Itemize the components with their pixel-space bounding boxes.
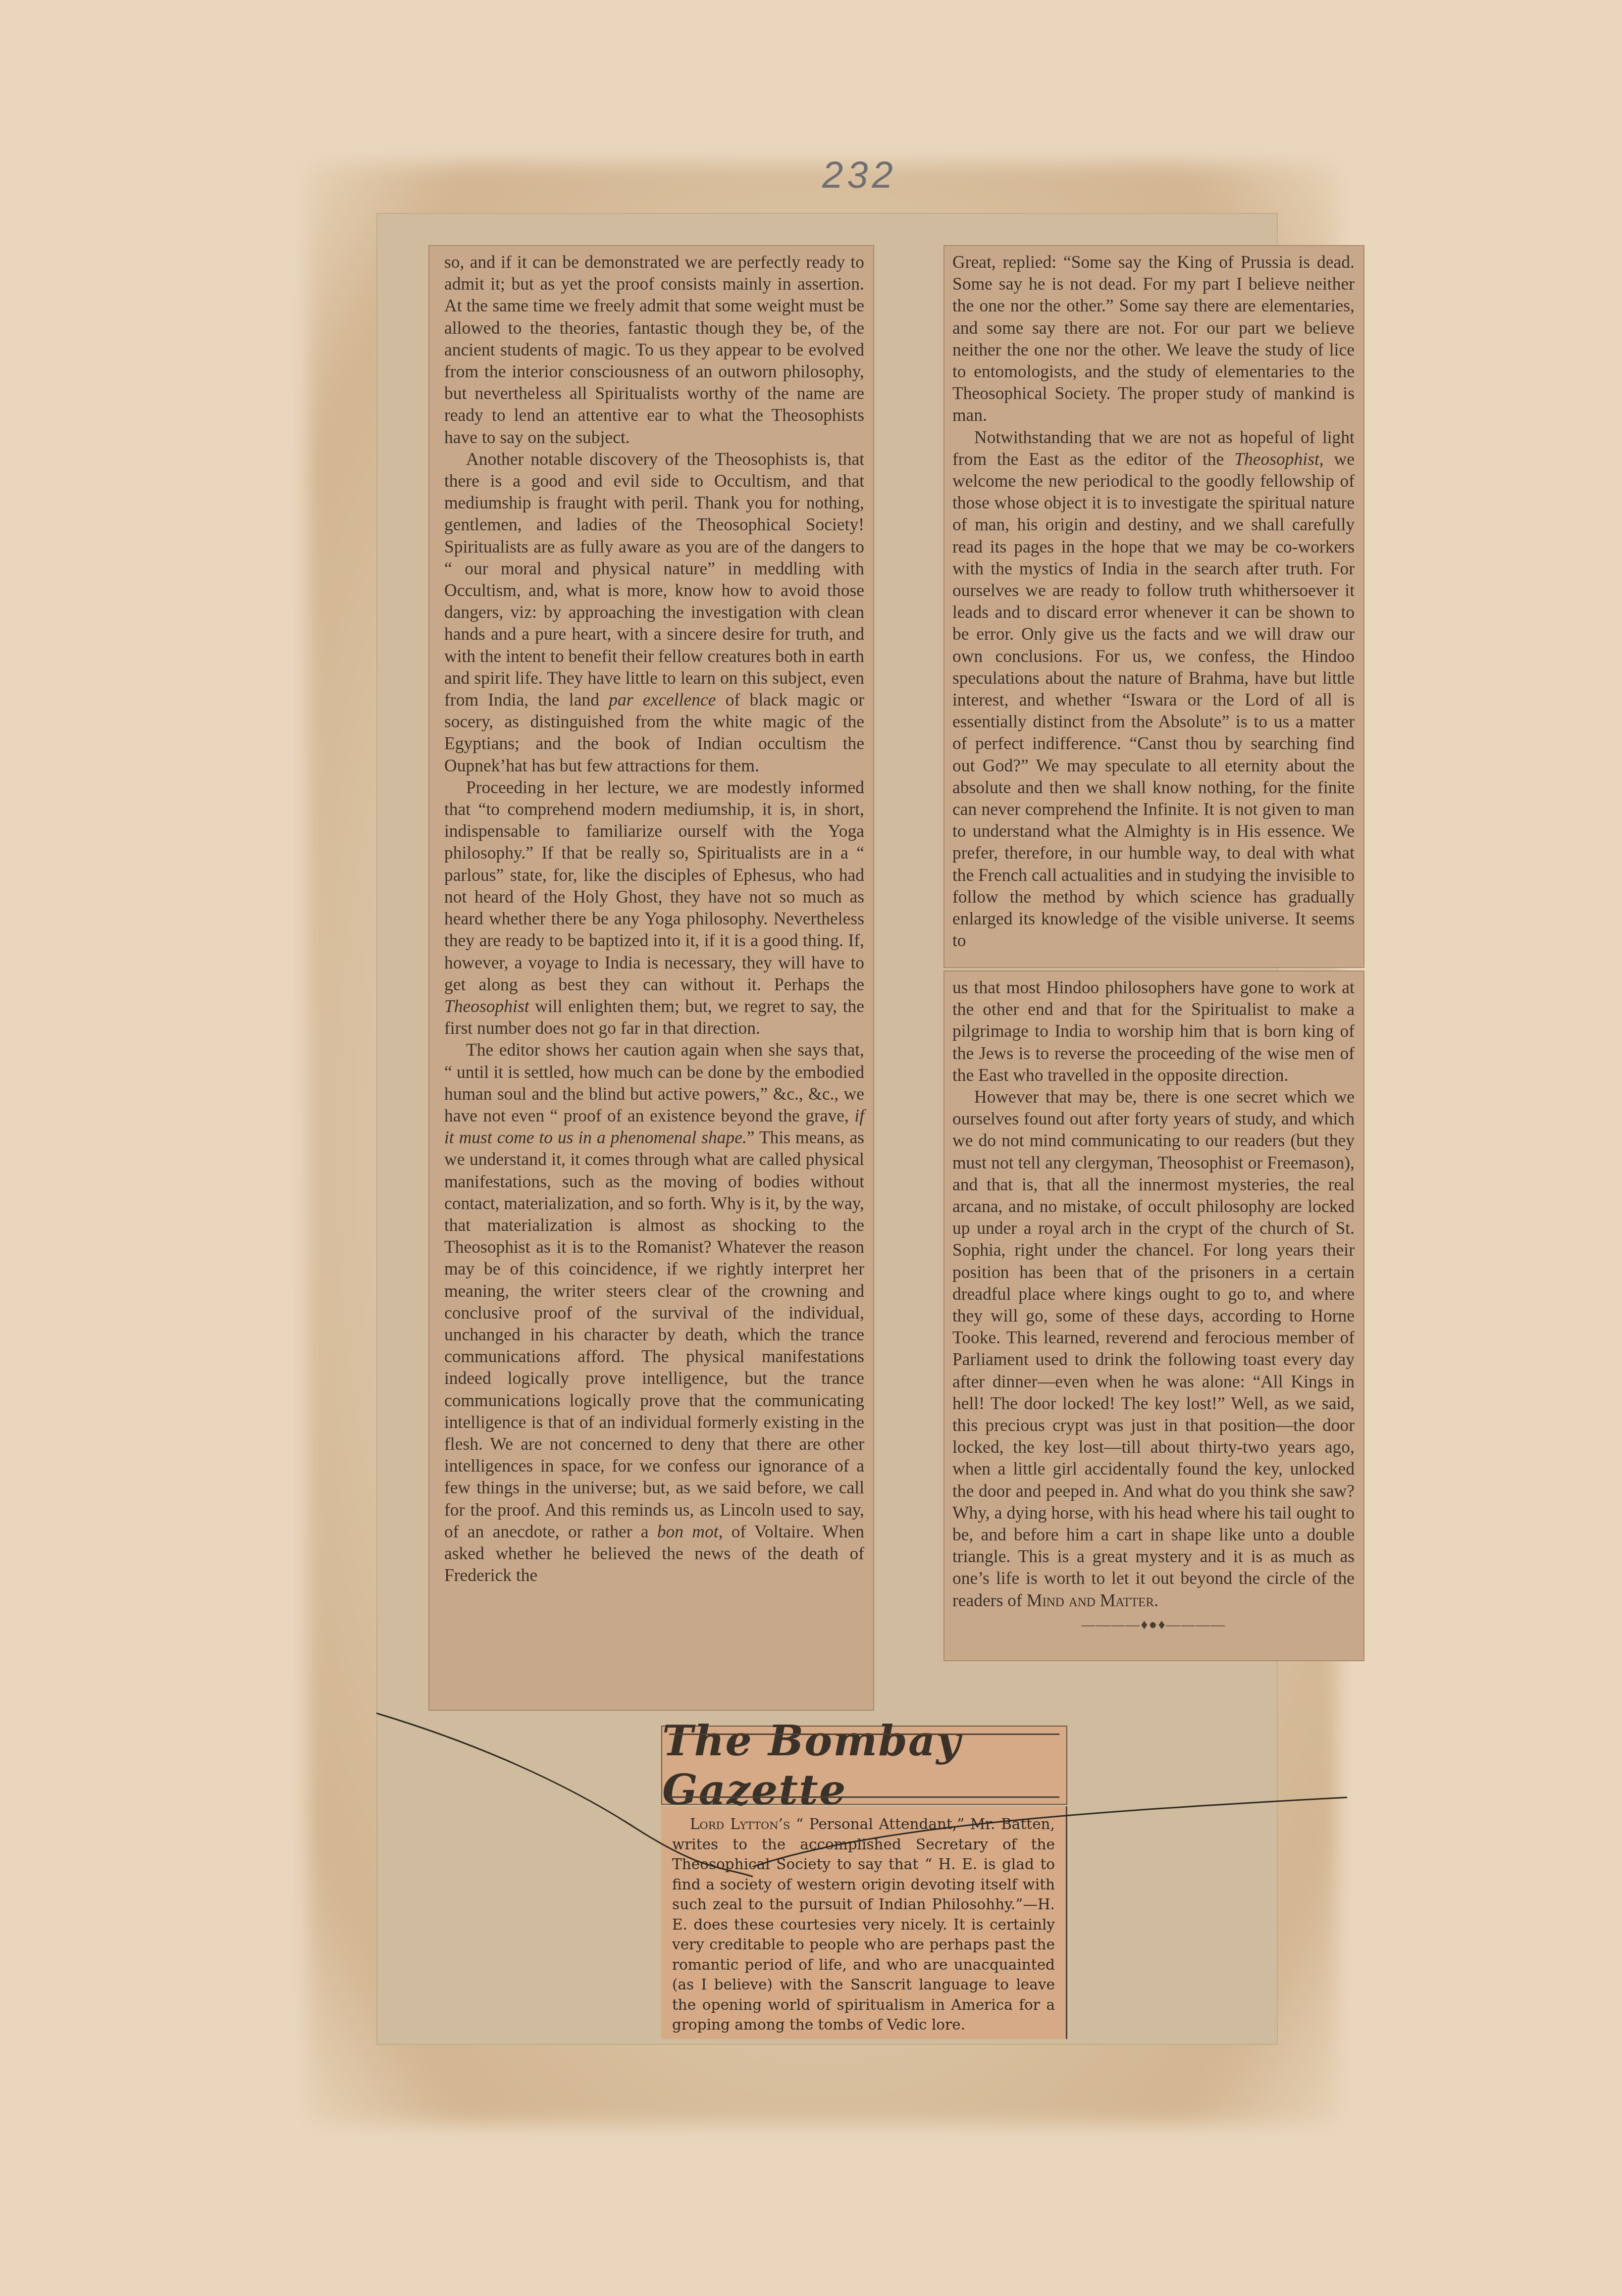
clipping-right-column-bottom: us that most Hindoo philosophers have go… [943, 970, 1364, 1661]
clipping-right-column-top: Great, replied: “Some say the King of Pr… [943, 245, 1364, 968]
paragraph-text: ” This means, as we understand it, it co… [444, 1127, 864, 1541]
italic-text: Theosophist [444, 996, 529, 1016]
gazette-masthead: The Bombay Gazette [661, 1726, 1067, 1805]
gazette-article: Lord Lytton’s “ Personal Attendant,” Mr.… [661, 1806, 1067, 2039]
article-paragraph: Proceeding in her lecture, we are modest… [444, 776, 864, 1039]
italic-text: par excellence [609, 690, 716, 710]
paragraph-text: , we welcome the new periodical to the g… [952, 449, 1355, 950]
article-paragraph: The editor shows her caution again when … [444, 1039, 864, 1586]
paragraph-text: so, and if it can be demonstrated we are… [444, 252, 864, 447]
article-paragraph: us that most Hindoo philosophers have go… [952, 976, 1355, 1086]
page-number: 232 [822, 153, 897, 197]
paragraph-text: Mind and Matter [1027, 1590, 1154, 1610]
paragraph-text: us that most Hindoo philosophers have go… [952, 977, 1355, 1085]
paragraph-text: However that may be, there is one secret… [952, 1087, 1355, 1610]
italic-text: bon mot [657, 1522, 719, 1541]
article-paragraph: Another notable discovery of the Theosop… [444, 448, 864, 776]
article-paragraph: However that may be, there is one secret… [952, 1086, 1355, 1611]
italic-text: Theosophist [1234, 449, 1319, 469]
paragraph-text: “ Personal Attendant,” Mr. Batten, write… [672, 1816, 1055, 2033]
paragraph-text: Proceeding in her lecture, we are modest… [444, 777, 864, 994]
paragraph-text: Another notable discovery of the Theosop… [444, 449, 864, 710]
ornament-divider: ————♦●♦———— [952, 1614, 1355, 1636]
article-paragraph: Great, replied: “Some say the King of Pr… [952, 251, 1355, 426]
paragraph-text: Great, replied: “Some say the King of Pr… [952, 252, 1355, 425]
paragraph-text: . [1154, 1590, 1158, 1610]
article-paragraph: Notwithstanding that we are not as hopef… [952, 426, 1355, 952]
clipping-left-column: so, and if it can be demonstrated we are… [428, 245, 874, 1711]
gazette-title: The Bombay Gazette [662, 1716, 1066, 1814]
paragraph-text: The editor shows her caution again when … [444, 1040, 864, 1125]
article-paragraph: Lord Lytton’s “ Personal Attendant,” Mr.… [672, 1814, 1055, 2035]
paragraph-text: Lord Lytton’s [690, 1816, 790, 1833]
article-paragraph: so, and if it can be demonstrated we are… [444, 251, 864, 448]
